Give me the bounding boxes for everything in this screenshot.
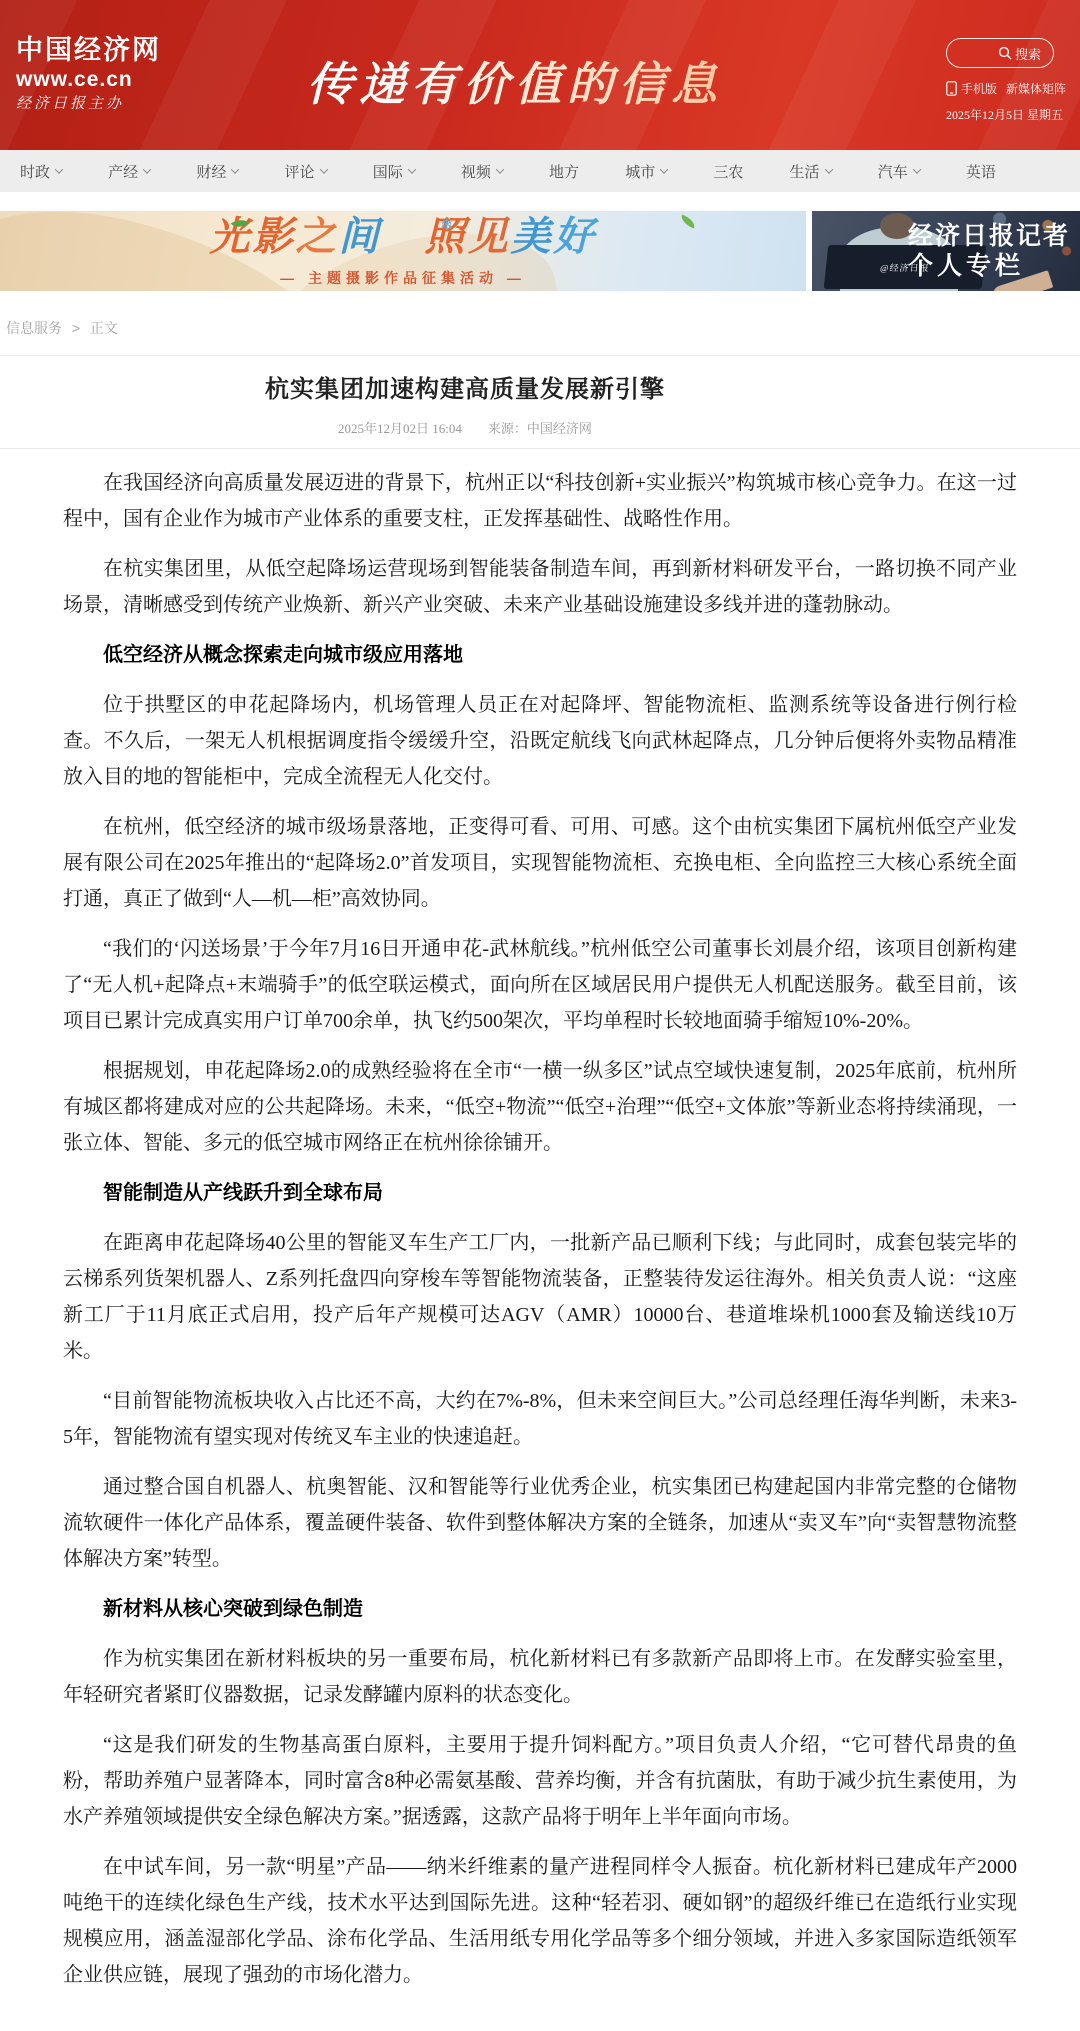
chevron-down-icon — [55, 165, 63, 173]
article-paragraph: 位于拱墅区的申花起降场内，机场管理人员正在对起降坪、智能物流柜、监测系统等设备进… — [63, 687, 1017, 795]
chevron-down-icon — [143, 165, 151, 173]
nav-item[interactable]: 国际 — [373, 161, 415, 182]
nav-item[interactable]: 英语 — [966, 161, 996, 182]
search-label: 搜索 — [1015, 44, 1041, 63]
banner-title-char: 见 — [468, 213, 511, 260]
nav-item[interactable]: 评论 — [285, 161, 327, 182]
logo-subtitle: 经济日报主办 — [16, 96, 161, 113]
nav-item[interactable]: 生活 — [790, 161, 832, 182]
phone-icon — [946, 81, 961, 96]
article-paragraph: 通过整合国自机器人、杭奥智能、汉和智能等行业优秀企业，杭实集团已构建起国内非常完… — [63, 1469, 1017, 1577]
chevron-down-icon — [319, 165, 327, 173]
article-paragraph: “我们的‘闪送场景’于今年7月16日开通申花-武林航线。”杭州低空公司董事长刘晨… — [63, 931, 1017, 1039]
header-date: 2025年12月5日 星期五 — [946, 106, 1064, 123]
article-head: 杭实集团加速构建高质量发展新引擎 2025年12月02日 16:04来源：中国经… — [60, 374, 870, 437]
chevron-down-icon — [231, 165, 239, 173]
breadcrumb: 信息服务 > 正文 — [0, 291, 1080, 356]
photo-contest-banner[interactable]: ❄ 光影之间 照见美好 — 主题摄影作品征集活动 — — [0, 211, 806, 291]
article: 杭实集团加速构建高质量发展新引擎 2025年12月02日 16:04来源：中国经… — [0, 374, 1080, 2031]
article-paragraph: 在距离申花起降场40公里的智能叉车生产工厂内，一批新产品已顺利下线；与此同时，成… — [63, 1225, 1017, 1369]
nav-item[interactable]: 财经 — [196, 161, 238, 182]
mobile-version-link[interactable]: 手机版 — [961, 80, 997, 97]
banner-title-char: 间 — [339, 213, 382, 260]
banner-title-char — [382, 213, 425, 260]
article-paragraph: 作为杭实集团在新材料板块的另一重要布局，杭化新材料已有多款新产品即将上市。在发酵… — [63, 1641, 1017, 1713]
search-icon — [998, 46, 1015, 60]
breadcrumb-current: 正文 — [90, 320, 118, 336]
article-date: 2025年12月02日 16:04 — [338, 421, 462, 436]
snowflake-icon: ❄ — [440, 215, 453, 235]
article-paragraph: 在杭州，低空经济的城市级场景落地，正变得可看、可用、可感。这个由杭实集团下属杭州… — [63, 809, 1017, 917]
nav-item[interactable]: 时政 — [20, 161, 62, 182]
section-heading: 低空经济从概念探索走向城市级应用落地 — [63, 637, 1017, 673]
article-paragraph: “这是我们研发的生物基高蛋白原料，主要用于提升饲料配方。”项目负责人介绍，“它可… — [63, 1727, 1017, 1835]
logo-url: www.ce.cn — [16, 68, 161, 91]
logo-title: 中国经济网 — [16, 36, 161, 66]
chevron-down-icon — [407, 165, 415, 173]
nav-item[interactable]: 城市 — [625, 161, 667, 182]
banner-title-char: 美 — [511, 213, 554, 260]
site-slogan: 传递有价值的信息 — [255, 48, 775, 114]
article-paragraph: 在中试车间，另一款“明星”产品——纳米纤维素的量产进程同样令人振奋。杭化新材料已… — [63, 1849, 1017, 1993]
site-header: 中国经济网 www.ce.cn 经济日报主办 传递有价值的信息 搜索 手机版 新… — [0, 0, 1080, 150]
nav-item[interactable]: 视频 — [461, 161, 503, 182]
photo-banner-subtitle: — 主题摄影作品征集活动 — — [0, 268, 806, 288]
article-title: 杭实集团加速构建高质量发展新引擎 — [60, 374, 870, 405]
banner-title-char: 影 — [253, 213, 296, 260]
section-heading: 智能制造从产线跃升到全球布局 — [63, 1175, 1017, 1211]
column-banner-text: 经济日报记者 个人专栏 — [908, 221, 1070, 281]
article-source: 来源：中国经济网 — [488, 421, 592, 436]
nav-item[interactable]: 地方 — [549, 161, 579, 182]
nav-item[interactable]: 三农 — [713, 161, 743, 182]
media-matrix-link[interactable]: 新媒体矩阵 — [1006, 80, 1066, 97]
nav-item[interactable]: 产经 — [108, 161, 150, 182]
site-logo[interactable]: 中国经济网 www.ce.cn 经济日报主办 — [16, 36, 161, 112]
nav-item[interactable]: 汽车 — [878, 161, 920, 182]
article-paragraph: “目前智能物流板块收入占比还不高，大约在7%-8%，但未来空间巨大。”公司总经理… — [63, 1383, 1017, 1455]
search-box[interactable]: 搜索 — [946, 38, 1054, 68]
breadcrumb-section-link[interactable]: 信息服务 — [6, 320, 62, 336]
article-paragraph: 在杭实集团里，从低空起降场运营现场到智能装备制造车间，再到新材料研发平台，一路切… — [63, 551, 1017, 623]
reporter-column-banner[interactable]: @经济日报 经济日报记者 个人专栏 — [812, 211, 1080, 291]
banner-title-char: 之 — [296, 213, 339, 260]
main-nav: 时政产经财经评论国际视频地方城市三农生活汽车英语 — [0, 150, 1080, 192]
article-meta: 2025年12月02日 16:04来源：中国经济网 — [60, 418, 870, 437]
breadcrumb-separator: > — [72, 320, 80, 336]
header-utilities: 搜索 手机版 新媒体矩阵 2025年12月5日 星期五 — [946, 38, 1064, 123]
chevron-down-icon — [660, 165, 668, 173]
article-body: 在我国经济向高质量发展迈进的背景下，杭州正以“科技创新+实业振兴”构筑城市核心竞… — [0, 449, 1080, 2031]
article-paragraph: 在我国经济向高质量发展迈进的背景下，杭州正以“科技创新+实业振兴”构筑城市核心竞… — [63, 465, 1017, 537]
article-paragraph: 根据规划，申花起降场2.0的成熟经验将在全市“一横一纵多区”试点空域快速复制，2… — [63, 1053, 1017, 1161]
banner-title-char: 好 — [554, 213, 597, 260]
section-heading: 新材料从核心突破到绿色制造 — [63, 1591, 1017, 1627]
chevron-down-icon — [912, 165, 920, 173]
chevron-down-icon — [496, 165, 504, 173]
banner-row: ❄ 光影之间 照见美好 — 主题摄影作品征集活动 — @经济日报 经济日报记者 … — [0, 211, 1080, 291]
chevron-down-icon — [824, 165, 832, 173]
